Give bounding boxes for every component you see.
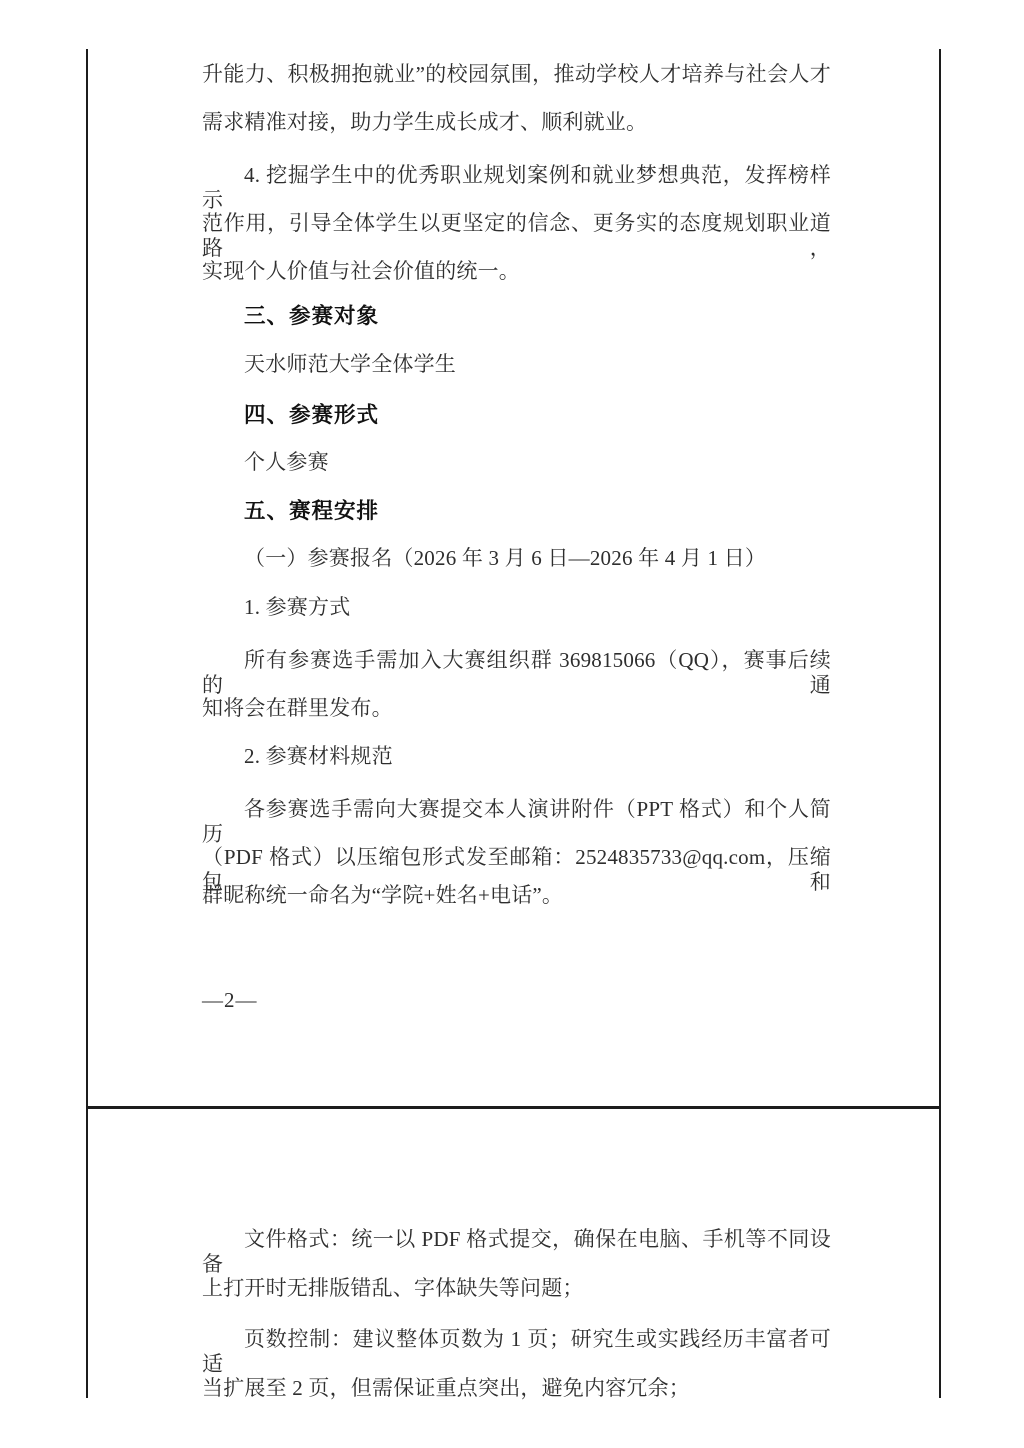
text-line: 当扩展至 2 页，但需保证重点突出，避免内容冗余；	[202, 1376, 690, 1401]
heading-section-3-participants: 三、参赛对象	[202, 304, 379, 330]
text-line: 天水师范大学全体学生	[202, 352, 456, 377]
text-line: 上打开时无排版错乱、字体缺失等问题；	[202, 1276, 584, 1301]
heading-section-5-schedule: 五、赛程安排	[202, 499, 379, 525]
text-line: 2. 参赛材料规范	[202, 744, 393, 769]
text-line: 文件格式：统一以 PDF 格式提交，确保在电脑、手机等不同设备	[202, 1227, 831, 1277]
text-line: 知将会在群里发布。	[202, 696, 393, 721]
document-viewport: 升能力、积极拥抱就业”的校园氛围，推动学校人才培养与社会人才 需求精准对接，助力…	[0, 0, 1024, 1448]
text-line: 实现个人价值与社会价值的统一。	[202, 259, 520, 284]
text-line: 群昵称统一命名为“学院+姓名+电话”。	[202, 883, 563, 908]
text-line: 1. 参赛方式	[202, 595, 350, 620]
heading-section-4-format: 四、参赛形式	[202, 403, 379, 429]
page-border-left	[86, 49, 88, 1398]
text-line: 升能力、积极拥抱就业”的校园氛围，推动学校人才培养与社会人才	[202, 62, 831, 87]
text-line: 范作用，引导全体学生以更坚定的信念、更务实的态度规划职业道路，	[202, 211, 831, 261]
page-divider-rule	[86, 1106, 941, 1109]
text-line: （一）参赛报名（2026 年 3 月 6 日—2026 年 4 月 1 日）	[202, 546, 766, 571]
text-line: 4. 挖掘学生中的优秀职业规划案例和就业梦想典范，发挥榜样示	[202, 163, 831, 213]
text-line: 各参赛选手需向大赛提交本人演讲附件（PPT 格式）和个人简历	[202, 797, 831, 847]
text-line: 所有参赛选手需加入大赛组织群 369815066（QQ），赛事后续的通	[202, 648, 831, 698]
text-line: 个人参赛	[202, 450, 329, 475]
page-border-right	[939, 49, 941, 1398]
text-line: 页数控制：建议整体页数为 1 页；研究生或实践经历丰富者可适	[202, 1327, 831, 1377]
text-line: 需求精准对接，助力学生成长成才、顺利就业。	[202, 110, 647, 135]
page-number: —2—	[202, 988, 258, 1013]
